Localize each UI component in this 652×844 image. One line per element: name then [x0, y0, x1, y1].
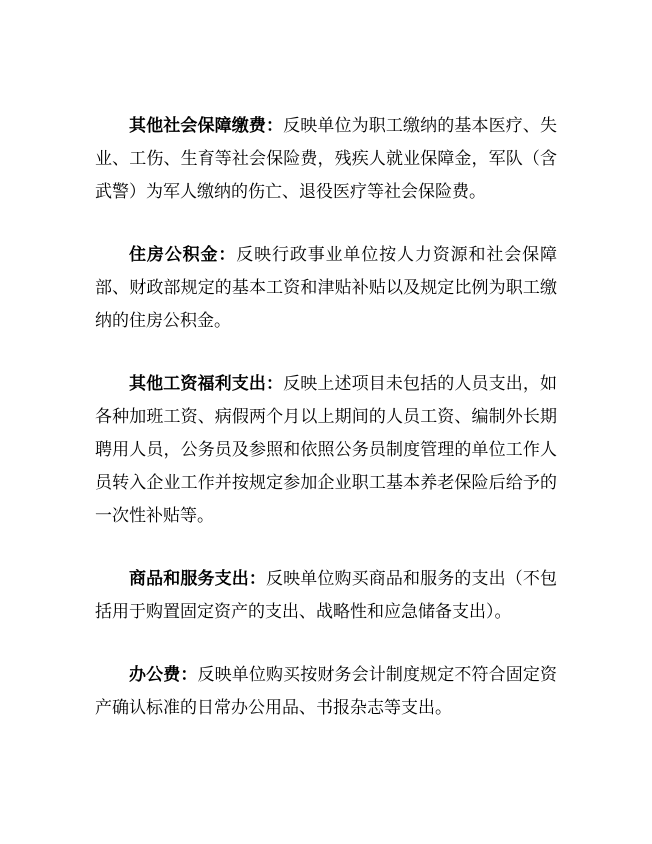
paragraph-office-expenses: 办公费：反映单位购买按财务会计制度规定不符合固定资产确认标准的日常办公用品、书报…: [95, 659, 557, 725]
term-label: 其他社会保障缴费：: [129, 116, 283, 136]
document-page: 其他社会保障缴费：反映单位为职工缴纳的基本医疗、失业、工伤、生育等社会保险费，残…: [0, 0, 652, 844]
term-label: 办公费：: [129, 665, 198, 685]
paragraph-body: 反映上述项目未包括的人员支出，如各种加班工资、病假两个月以上期间的人员工资、编制…: [95, 374, 557, 526]
paragraph-housing-fund: 住房公积金：反映行政事业单位按人力资源和社会保障部、财政部规定的基本工资和津贴补…: [95, 239, 557, 338]
term-label: 住房公积金：: [129, 245, 236, 265]
paragraph-other-wage-welfare: 其他工资福利支出：反映上述项目未包括的人员支出，如各种加班工资、病假两个月以上期…: [95, 368, 557, 533]
paragraph-goods-services: 商品和服务支出：反映单位购买商品和服务的支出（不包括用于购置固定资产的支出、战略…: [95, 563, 557, 629]
term-label: 商品和服务支出：: [129, 569, 266, 589]
document-content: 其他社会保障缴费：反映单位为职工缴纳的基本医疗、失业、工伤、生育等社会保险费，残…: [95, 110, 557, 725]
term-label: 其他工资福利支出：: [129, 374, 283, 394]
paragraph-other-social-security: 其他社会保障缴费：反映单位为职工缴纳的基本医疗、失业、工伤、生育等社会保险费，残…: [95, 110, 557, 209]
